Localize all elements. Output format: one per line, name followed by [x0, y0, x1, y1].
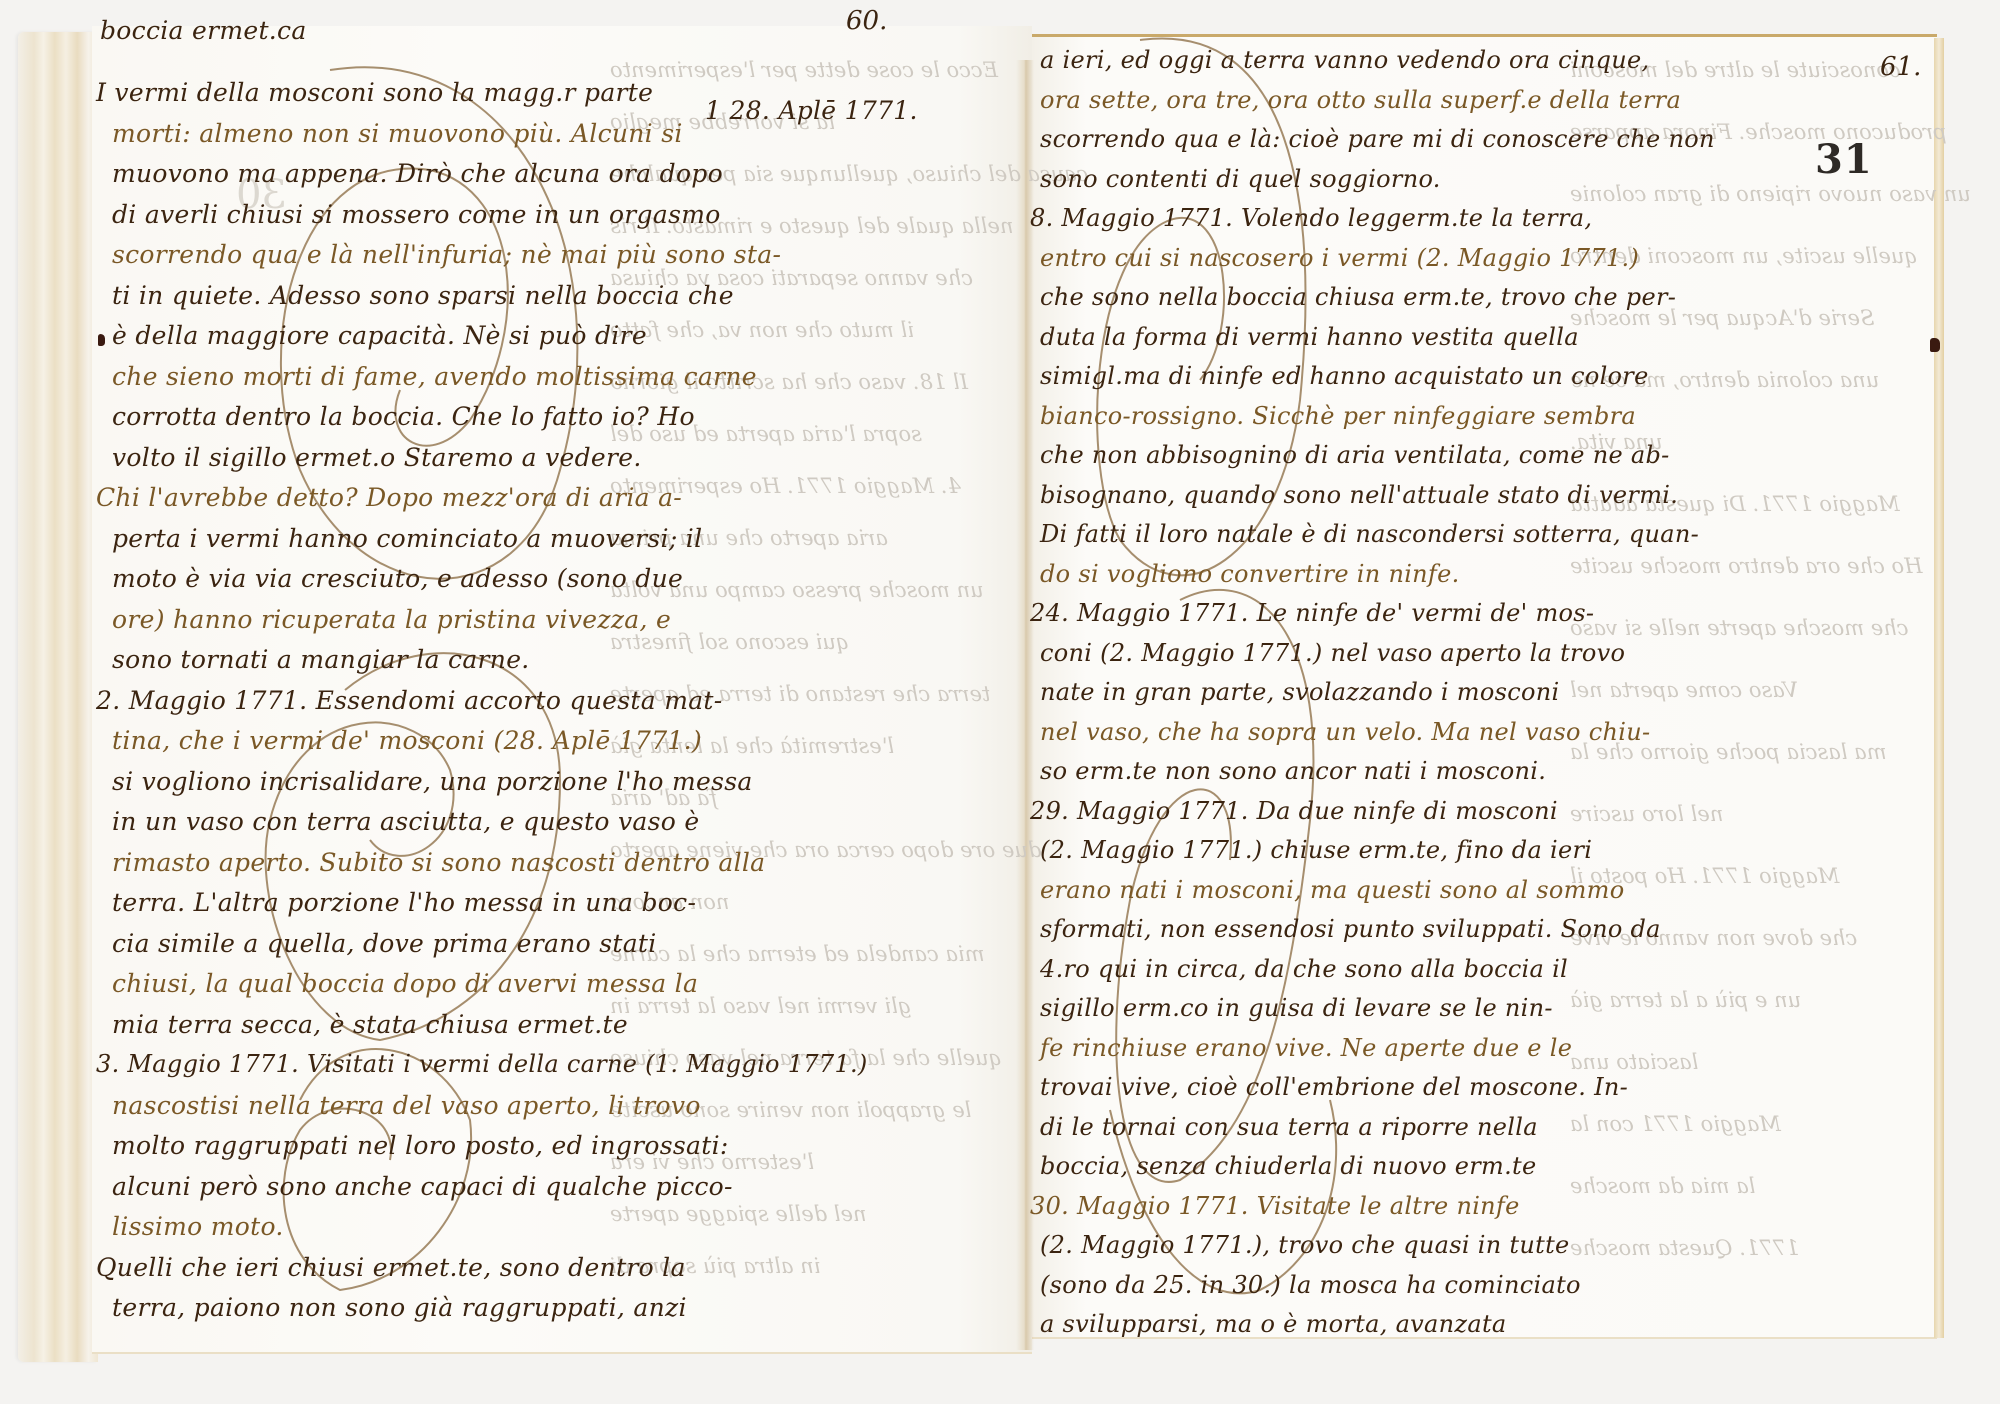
handwritten-line: mia candela ed eterna che la carne	[610, 944, 985, 965]
handwritten-line: lasciato una	[1570, 1052, 1698, 1073]
handwritten-line: scorrendo qua e là nell'infuria; nè mai …	[112, 242, 781, 267]
handwritten-line: la mia da mosche	[1570, 1176, 1755, 1197]
handwritten-line: do si vogliono convertire in ninfe.	[1040, 562, 1460, 586]
handwritten-line: (sono da 25. in 30.) la mosca ha cominci…	[1040, 1273, 1581, 1297]
handwritten-line: duta la forma di vermi hanno vestita que…	[1040, 325, 1579, 349]
handwritten-line: perta i vermi hanno cominciato a muovers…	[112, 526, 702, 551]
handwritten-line: che non abbisognino di aria ventilata, c…	[1040, 443, 1670, 467]
handwritten-line: Chi l'avrebbe detto? Dopo mezz'ora di ar…	[96, 485, 682, 510]
handwritten-line: 2. Maggio 1771. Essendomi accorto questa…	[96, 688, 723, 713]
handwritten-line: sigillo erm.co in guisa di levare se le …	[1040, 996, 1553, 1020]
handwritten-line: ora sette, ora tre, ora otto sulla super…	[1040, 88, 1681, 112]
ink-blot	[1930, 338, 1940, 352]
handwritten-line: a ieri, ed oggi a terra vanno vedendo or…	[1040, 48, 1649, 72]
handwritten-line: rimasto aperto. Subito si sono nascosti …	[112, 850, 765, 875]
handwritten-line: sono tornati a mangiar la carne.	[112, 647, 530, 672]
handwritten-line: gli vermi nel vaso la terra in	[610, 996, 911, 1017]
handwritten-line: di le tornai con sua terra a riporre nel…	[1040, 1115, 1538, 1139]
handwritten-line: di averli chiusi si mossero come in un o…	[112, 202, 721, 227]
handwritten-line: Ecco le cose dette per l'esperimento	[610, 60, 998, 81]
handwritten-line: è della maggiore capacità. Nè si può dir…	[112, 323, 647, 348]
handwritten-line: il muto che non va, che fatto	[610, 320, 914, 341]
handwritten-line: Ho che ora dentro mosche uscite	[1570, 556, 1922, 577]
handwritten-line: boccia ermet.ca	[100, 18, 307, 43]
handwritten-line: che mosche aperte nelle si vaso	[1570, 618, 1909, 639]
handwritten-line: un e più a la terra già	[1570, 990, 1801, 1011]
handwritten-line: so erm.te non sono ancor nati i mosconi.	[1040, 759, 1546, 783]
binding-gutter	[1016, 60, 1034, 1350]
handwritten-line: qui escono sol finestra	[610, 632, 849, 653]
handwritten-line: che sieno morti di fame, avendo moltissi…	[112, 364, 757, 389]
handwritten-line: terra, paiono non sono già raggruppati, …	[112, 1295, 687, 1320]
handwritten-line: chiusi, la qual boccia dopo di avervi me…	[112, 971, 698, 996]
folio-stamp-number: 31	[1815, 136, 1873, 183]
handwritten-line: sono contenti di quel soggiorno.	[1040, 167, 1441, 191]
handwritten-line: (2. Maggio 1771.) chiuse erm.te, fino da…	[1040, 838, 1592, 862]
handwritten-line: morti: almeno non si muovono più. Alcuni…	[112, 121, 683, 146]
handwritten-line: sformati, non essendosi punto sviluppati…	[1040, 917, 1661, 941]
handwritten-line: scorrendo qua e là: cioè pare mi di cono…	[1040, 127, 1715, 151]
handwritten-line: bisognano, quando sono nell'attuale stat…	[1040, 483, 1678, 507]
handwritten-line: nel delle spiagge aperte	[610, 1204, 867, 1225]
handwritten-line: boccia, senza chiuderla di nuovo erm.te	[1040, 1154, 1536, 1178]
ink-blot-left-margin	[98, 334, 105, 346]
handwritten-line: terra. L'altra porzione l'ho messa in un…	[112, 890, 696, 915]
handwritten-line: coni (2. Maggio 1771.) nel vaso aperto l…	[1040, 641, 1625, 665]
handwritten-line: (2. Maggio 1771.), trovo che quasi in tu…	[1040, 1233, 1570, 1257]
handwritten-line: fe rinchiuse erano vive. Ne aperte due e…	[1040, 1036, 1572, 1060]
handwritten-line: simigl.ma di ninfe ed hanno acquistato u…	[1040, 364, 1649, 388]
handwritten-line: 30. Maggio 1771. Visitate le altre ninfe	[1030, 1194, 1520, 1218]
handwritten-line: molto raggruppati nel loro posto, ed ing…	[112, 1133, 729, 1158]
handwritten-line: nate in gran parte, svolazzando i moscon…	[1040, 680, 1559, 704]
handwritten-line: Quelli che ieri chiusi ermet.te, sono de…	[96, 1255, 686, 1280]
handwritten-line: entro cui si nascosero i vermi (2. Maggi…	[1040, 246, 1639, 270]
handwritten-line: trovai vive, cioè coll'embrione del mosc…	[1040, 1075, 1628, 1099]
handwritten-line: a svilupparsi, ma o è morta, avanzata	[1040, 1312, 1507, 1336]
page-edge-right	[1934, 38, 1944, 1338]
handwritten-line: si vogliono incrisalidare, una porzione …	[112, 769, 753, 794]
handwritten-line: che sono nella boccia chiusa erm.te, tro…	[1040, 285, 1676, 309]
handwritten-line: Vaso come aperta nel	[1570, 680, 1798, 701]
handwritten-line: nel loro uscire	[1570, 804, 1723, 825]
handwritten-line: 29. Maggio 1771. Da due ninfe di mosconi	[1030, 799, 1558, 823]
handwritten-line: mia terra secca, è stata chiusa ermet.te	[112, 1012, 628, 1037]
handwritten-line: 24. Maggio 1771. Le ninfe de' vermi de' …	[1030, 601, 1594, 625]
stacked-page-edges-left	[18, 32, 98, 1362]
handwritten-line: bianco-rossigno. Sicchè per ninfeggiare …	[1040, 404, 1636, 428]
handwritten-line: muovono ma appena. Dirò che alcuna ora d…	[112, 161, 723, 186]
handwritten-line: tina, che i vermi de' mosconi (28. Aplē …	[112, 728, 702, 753]
handwritten-line: nel vaso, che ha sopra un velo. Ma nel v…	[1040, 720, 1650, 744]
handwritten-line: ti in quiete. Adesso sono sparsi nella b…	[112, 283, 734, 308]
handwritten-line: ore) hanno ricuperata la pristina vivezz…	[112, 607, 671, 632]
handwritten-line: un vaso nuovo ripieno di gran colonie	[1570, 184, 1971, 205]
handwritten-line: 4.ro qui in circa, da che sono alla bocc…	[1040, 957, 1568, 981]
handwritten-line: 1771. Questa mosche	[1570, 1238, 1799, 1259]
handwritten-line: cia simile a quella, dove prima erano st…	[112, 931, 657, 956]
handwritten-line: in un vaso con terra asciutta, e questo …	[112, 809, 699, 834]
handwritten-line: Di fatti il loro natale è di nascondersi…	[1040, 522, 1699, 546]
handwritten-line: Serie d'Acqua per le mosche	[1570, 308, 1874, 329]
handwritten-line: alcuni però sono anche capaci di qualche…	[112, 1174, 733, 1199]
notebook-spread: Ecco le cose dette per l'esperimentola s…	[0, 0, 2000, 1404]
handwritten-line: erano nati i mosconi, ma questi sono al …	[1040, 878, 1624, 902]
margin-date-note: 1 28. Aplē 1771.	[705, 98, 918, 123]
handwritten-line: volto il sigillo ermet.o Staremo a veder…	[112, 445, 642, 470]
handwritten-line: I vermi della mosconi sono la magg.r par…	[96, 80, 653, 105]
handwritten-line: 3. Maggio 1771. Visitati i vermi della c…	[96, 1052, 868, 1076]
handwritten-line: Maggio 1771 con la	[1570, 1114, 1781, 1135]
handwritten-line: corrotta dentro la boccia. Che lo fatto …	[112, 404, 695, 429]
right-page-number: 61.	[1880, 52, 1921, 82]
handwritten-line: 8. Maggio 1771. Volendo leggerm.te la te…	[1030, 206, 1592, 230]
handwritten-line: nascostisi nella terra del vaso aperto, …	[112, 1093, 701, 1118]
handwritten-line: lissimo moto.	[112, 1214, 284, 1239]
left-page-number: 60.	[846, 6, 887, 36]
handwritten-line: moto è via via cresciuto, e adesso (sono…	[112, 566, 683, 591]
